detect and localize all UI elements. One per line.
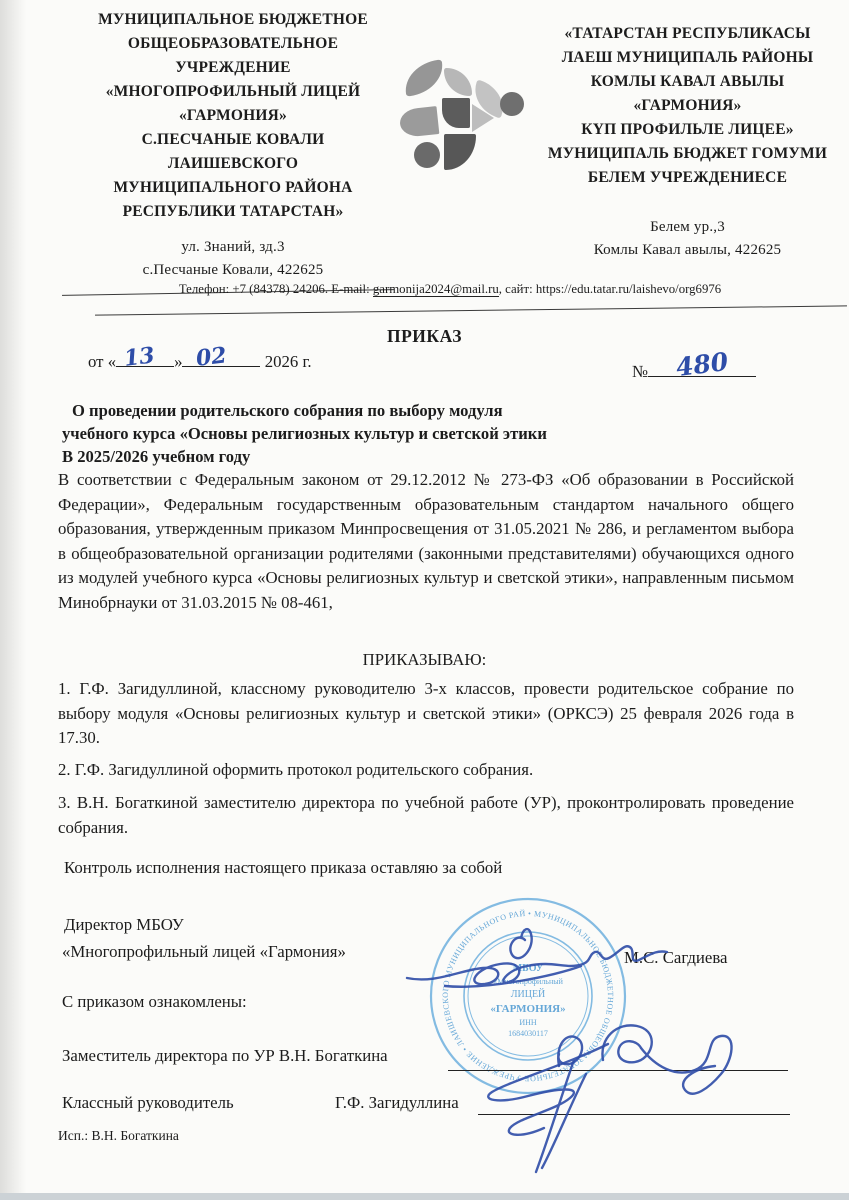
logo-petal [402, 59, 446, 96]
date-month-blank: 02 [182, 366, 260, 367]
org-left-line: ОБЩЕОБРАЗОВАТЕЛЬНОЕ [58, 32, 408, 56]
order-preamble: В соответствии с Федеральным законом от … [58, 468, 794, 616]
logo-square [442, 98, 470, 128]
order-item-2: 2. Г.Ф. Загидуллиной оформить протокол р… [58, 758, 794, 783]
org-left-line: «МНОГОПРОФИЛЬНЫЙ ЛИЦЕЙ [58, 80, 408, 104]
org-right-line: «ТАТАРСТАН РЕСПУБЛИКАСЫ [526, 22, 849, 46]
resolve-heading: ПРИКАЗЫВАЮ: [0, 650, 849, 670]
subject-line: О проведении родительского собрания по в… [62, 399, 786, 422]
org-right-line: КОМЛЫ КАВАЛ АВЫЛЫ [526, 70, 849, 94]
teacher-role: Классный руководитель [62, 1093, 234, 1113]
address-line: с.Песчаные Ковали, 422625 [58, 259, 408, 282]
executor-note: Исп.: В.Н. Богаткина [58, 1128, 179, 1144]
director-title-line2: «Многопрофильный лицей «Гармония» [62, 942, 346, 962]
date-day-blank: 13 [116, 366, 174, 367]
site-text: , сайт: https://edu.tatar.ru/laishevo/or… [499, 282, 721, 296]
org-left-line: УЧРЕЖДЕНИЕ [58, 56, 408, 80]
address-line: Белем ур.,3 [526, 216, 849, 239]
order-subject: О проведении родительского собрания по в… [62, 399, 786, 468]
order-number: №480 [632, 362, 756, 382]
stamp-center-line: ИНН [519, 1018, 537, 1027]
contact-prefix: Телефон: +7 (84378) 24206. E-mail: [179, 282, 373, 296]
org-left-line: РЕСПУБЛИКИ ТАТАРСТАН» [58, 200, 408, 224]
org-name-tatar: «ТАТАРСТАН РЕСПУБЛИКАСЫ ЛАЕШ МУНИЦИПАЛЬ … [526, 22, 849, 262]
number-blank: 480 [648, 376, 756, 377]
number-label: № [632, 362, 648, 381]
control-clause: Контроль исполнения настоящего приказа о… [64, 856, 800, 881]
org-right-line: МУНИЦИПАЛЬ БЮДЖЕТ ГОМУМИ [526, 142, 849, 166]
org-left-line: С.ПЕСЧАНЫЕ КОВАЛИ [58, 128, 408, 152]
org-right-line: «ГАРМОНИЯ» [526, 94, 849, 118]
org-left-address: ул. Знаний, зд.3 с.Песчаные Ковали, 4226… [58, 236, 408, 282]
org-right-address: Белем ур.,3 Комлы Кавал авылы, 422625 [526, 216, 849, 262]
header-divider-bottom [95, 305, 847, 315]
address-line: Комлы Кавал авылы, 422625 [526, 239, 849, 262]
director-signature [405, 912, 685, 1012]
teacher-name: Г.Ф. Загидуллина [335, 1093, 459, 1113]
logo-circle [414, 142, 440, 168]
contact-line: Телефон: +7 (84378) 24206. E-mail: garmo… [70, 282, 830, 297]
handwritten-number: 480 [674, 347, 729, 382]
school-logo [388, 60, 520, 182]
document-title: ПРИКАЗ [0, 326, 849, 347]
handwritten-month: 02 [195, 342, 229, 372]
date-row: от «13»02 2026 г. [88, 352, 312, 372]
org-right-line: КҮП ПРОФИЛЬЛЕ ЛИЦЕЕ» [526, 118, 849, 142]
date-year: 2026 г. [265, 352, 312, 371]
address-line: ул. Знаний, зд.3 [58, 236, 408, 259]
subject-line: В 2025/2026 учебном году [62, 445, 786, 468]
logo-circle [500, 92, 524, 116]
org-left-line: ЛАИШЕВСКОГО [58, 152, 408, 176]
acknowledged-label: С приказом ознакомлены: [62, 992, 247, 1012]
date-prefix: от « [88, 352, 116, 371]
handwritten-day: 13 [123, 342, 157, 372]
date-close-quote: » [174, 352, 182, 371]
scanned-order-document: МУНИЦИПАЛЬНОЕ БЮДЖЕТНОЕ ОБЩЕОБРАЗОВАТЕЛЬ… [0, 0, 849, 1200]
logo-petal [399, 106, 440, 138]
org-left-line: МУНИЦИПАЛЬНОГО РАЙОНА [58, 176, 408, 200]
scan-shadow-left [0, 0, 26, 1200]
scan-shadow-bottom [0, 1193, 849, 1200]
org-right-line: БЕЛЕМ УЧРЕЖДЕНИЕСЕ [526, 166, 849, 190]
subject-line: учебного курса «Основы религиозных культ… [62, 422, 786, 445]
logo-petal [444, 68, 472, 96]
order-item-3: 3. В.Н. Богаткиной заместителю директора… [58, 791, 794, 840]
deputy-label: Заместитель директора по УР В.Н. Богатки… [62, 1046, 388, 1066]
org-right-line: ЛАЕШ МУНИЦИПАЛЬ РАЙОНЫ [526, 46, 849, 70]
director-title-line1: Директор МБОУ [64, 915, 184, 935]
org-name-russian: МУНИЦИПАЛЬНОЕ БЮДЖЕТНОЕ ОБЩЕОБРАЗОВАТЕЛЬ… [58, 8, 408, 282]
logo-petal [444, 134, 476, 170]
teacher-signature [458, 1030, 648, 1180]
order-item-1: 1. Г.Ф. Загидуллиной, классному руководи… [58, 677, 794, 751]
org-left-line: МУНИЦИПАЛЬНОЕ БЮДЖЕТНОЕ [58, 8, 408, 32]
email-text: garmonija2024@mail.ru [373, 282, 499, 297]
logo-triangle [472, 104, 494, 132]
org-left-line: «ГАРМОНИЯ» [58, 104, 408, 128]
